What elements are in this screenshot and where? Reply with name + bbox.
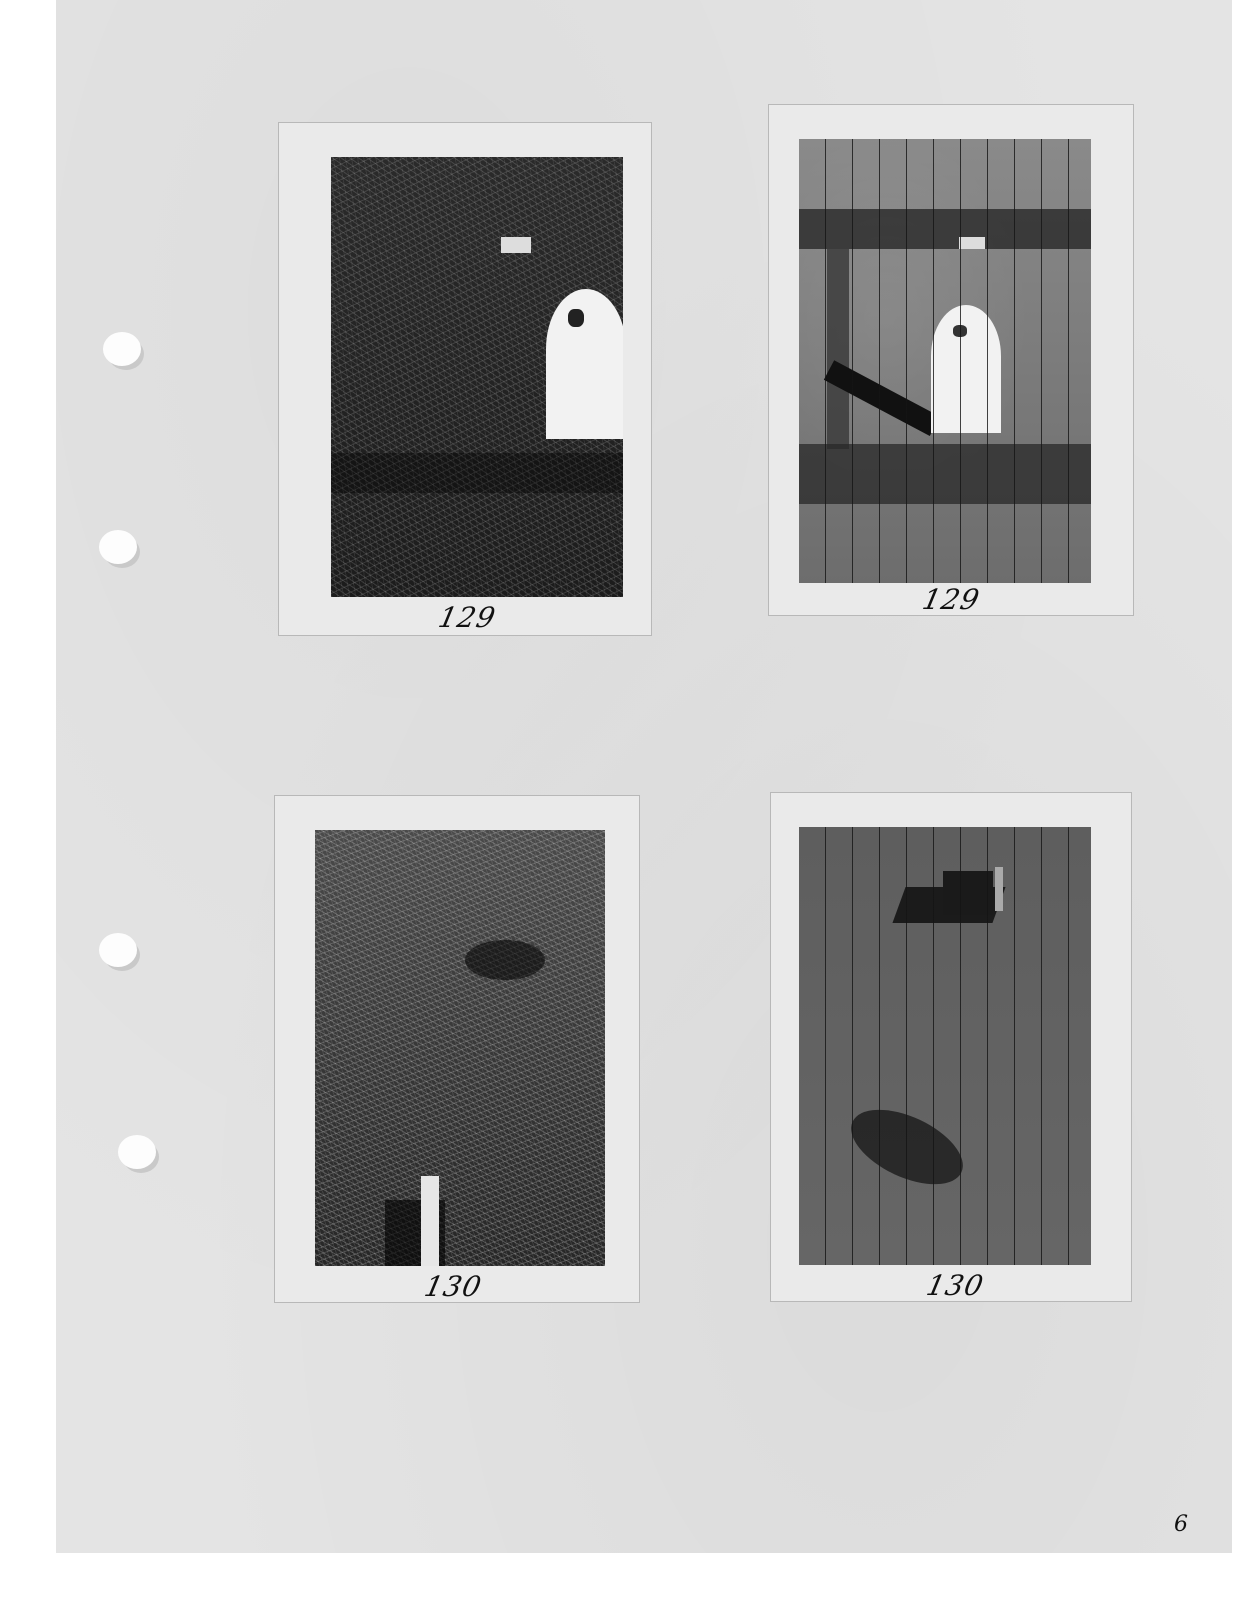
album-page: 129 129 130 [56,0,1232,1553]
page-number: 6 [1174,1512,1188,1537]
small-marker [501,237,531,253]
photo-mount-2: 129 [768,104,1134,616]
photo-caption: 130 [923,1269,986,1302]
binder-hole [118,1135,156,1169]
photo-caption: 129 [435,601,498,634]
stake-marker [421,1176,439,1266]
photo-mount-1: 129 [278,122,652,636]
photo-grave-130-a[interactable] [315,830,605,1266]
photo-grave-129-b[interactable] [799,139,1091,583]
photo-grave-130-b[interactable] [799,827,1091,1265]
binder-hole [103,332,141,366]
binder-hole [99,530,137,564]
binder-hole [99,933,137,967]
photo-caption: 130 [421,1270,484,1303]
photo-mount-4: 130 [770,792,1132,1302]
photo-caption: 129 [919,583,982,616]
photo-mount-3: 130 [274,795,640,1303]
headstone [546,289,623,439]
photo-grave-129-a[interactable] [331,157,623,597]
